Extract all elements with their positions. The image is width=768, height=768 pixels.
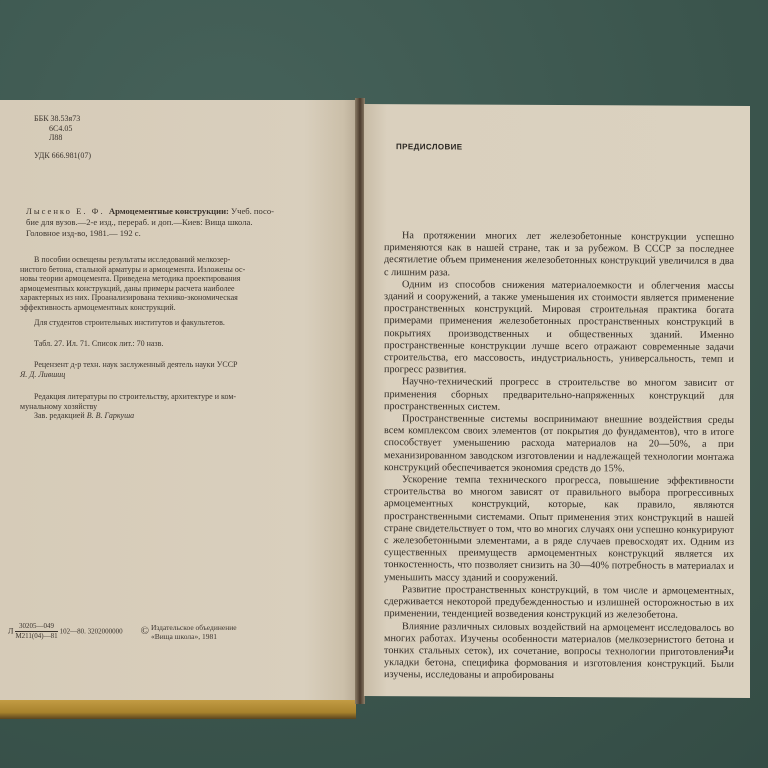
right-page: ПРЕДИСЛОВИЕ На протяжении многих лет жел… <box>364 104 750 698</box>
editorial-line1: Редакция литературы по строительству, ар… <box>20 392 320 402</box>
paragraph: Влияние различных силовых воздействий на… <box>384 621 734 684</box>
left-page: ББК 38.53я73 6С4.05 Л88 УДК 666.981(07) … <box>0 100 358 700</box>
author: Лысенко Е. Ф. <box>26 206 105 216</box>
bbk-code: 38.53я73 <box>51 114 81 123</box>
abstract-line: характерных из них. Проанализирована тех… <box>20 293 260 303</box>
imprint-block: Л 30205—049 М211(04)—81 102—80. 32020000… <box>8 622 338 641</box>
bib-line3: Головное изд-во, 1981.— 192 с. <box>26 228 326 239</box>
book-stats: Табл. 27. Ил. 71. Список лит.: 70 назв. <box>34 339 163 349</box>
editorial-block: Редакция литературы по строительству, ар… <box>20 392 320 421</box>
abstract-line: нистого бетона, стальной арматуры и армо… <box>20 265 260 275</box>
imprint-prefix: Л <box>8 626 13 635</box>
reviewer-line: Рецензент д-р техн. наук заслуженный дея… <box>20 360 320 370</box>
abstract-line: новы теории армоцемента. Приведена метод… <box>20 274 260 284</box>
imprint-fraction: 30205—049 М211(04)—81 <box>15 622 57 641</box>
bbk-line2: 6С4.05 <box>34 124 91 134</box>
classification-block: ББК 38.53я73 6С4.05 Л88 УДК 666.981(07) <box>34 114 91 160</box>
publisher-line1: Издательское объединение <box>151 623 237 632</box>
editor-label: Зав. редакцией <box>34 411 85 420</box>
editor-name: В. В. Гаркуша <box>87 411 134 420</box>
editorial-line2: мунальному хозяйству <box>20 402 320 412</box>
page-heading: ПРЕДИСЛОВИЕ <box>396 142 463 151</box>
imprint-codes: 102—80. 3202000000 <box>60 627 123 635</box>
reviewer-block: Рецензент д-р техн. наук заслуженный дея… <box>20 360 320 379</box>
paragraph: Ускорение темпа технического прогресса, … <box>384 474 734 586</box>
reviewer-name: Я. Д. Лившиц <box>20 370 320 380</box>
abstract-line: эффективность армоцементных конструкций. <box>20 303 260 313</box>
bibliographic-entry: Лысенко Е. Ф. Армоцементные конструкции:… <box>26 206 326 239</box>
imprint-numerator: 30205—049 <box>15 622 57 632</box>
abstract-line: армоцементных конструкций, даны примеры … <box>20 284 260 294</box>
copyright-icon: © <box>141 625 149 637</box>
publisher-line2: «Вища школа», 1981 <box>151 632 237 641</box>
paragraph: Одним из способов снижения материалоемко… <box>384 279 734 378</box>
bib-line2: бие для вузов.—2-е изд., перераб. и доп.… <box>26 217 326 228</box>
book-title: Армоцементные конструкции: <box>109 206 229 216</box>
audience-note: Для студентов строительных институтов и … <box>34 318 225 328</box>
paragraph: Научно-технический прогресс в строительс… <box>384 377 734 415</box>
paragraph: Развитие пространственных конструкций, в… <box>384 584 734 622</box>
bbk-label: ББК <box>34 114 49 123</box>
abstract: В пособии освещены результаты исследован… <box>20 255 260 312</box>
udk-code: УДК 666.981(07) <box>34 151 91 161</box>
bbk-line3: Л88 <box>34 133 91 143</box>
abstract-line: В пособии освещены результаты исследован… <box>20 255 260 265</box>
page-number: 3 <box>723 645 728 656</box>
imprint-denominator: М211(04)—81 <box>15 632 57 641</box>
paragraph: Пространственные системы воспринимают вн… <box>384 413 734 476</box>
paragraph: На протяжении многих лет железобетонные … <box>384 230 734 281</box>
preface-text: На протяжении многих лет железобетонные … <box>384 230 734 683</box>
book-cover-edge <box>0 697 356 719</box>
bib-line1-rest: Учеб. посо- <box>231 206 274 216</box>
